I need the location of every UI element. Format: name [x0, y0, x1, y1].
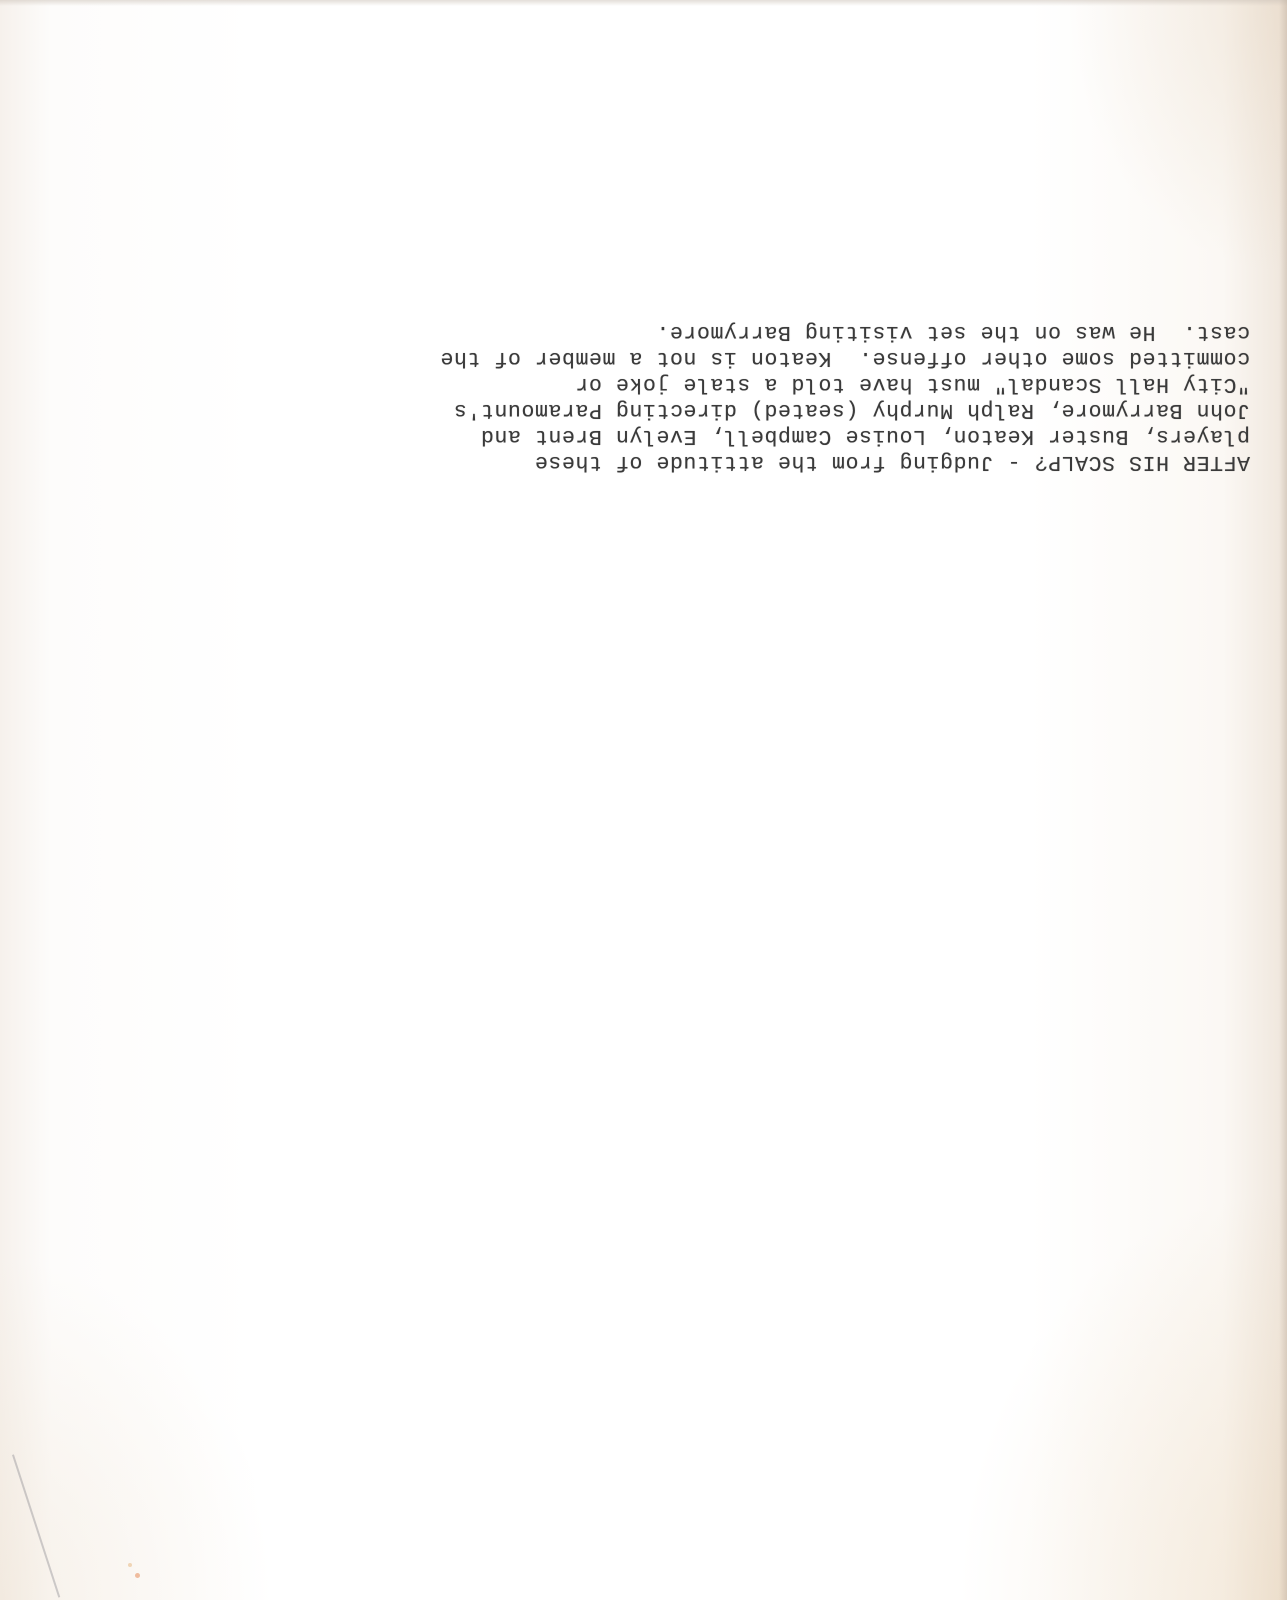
caption-line: players, Buster Keaton, Louise Campbell,…: [140, 423, 1260, 449]
paper-crease: [12, 1454, 60, 1597]
caption-line: cast. He was on the set visiting Barrymo…: [140, 319, 1260, 345]
caption-line: AFTER HIS SCALP? - Judging from the atti…: [140, 449, 1260, 475]
caption-line: committed some other offense. Keaton is …: [140, 345, 1260, 371]
paper-stain: [128, 1563, 132, 1567]
caption-line: "City Hall Scandal" must have told a sta…: [140, 371, 1260, 397]
paper-stain: [135, 1573, 140, 1578]
document-page: AFTER HIS SCALP? - Judging from the atti…: [0, 0, 1287, 1600]
caption-line: John Barrymore, Ralph Murphy (seated) di…: [140, 397, 1260, 423]
photo-caption: AFTER HIS SCALP? - Judging from the atti…: [140, 305, 1260, 475]
